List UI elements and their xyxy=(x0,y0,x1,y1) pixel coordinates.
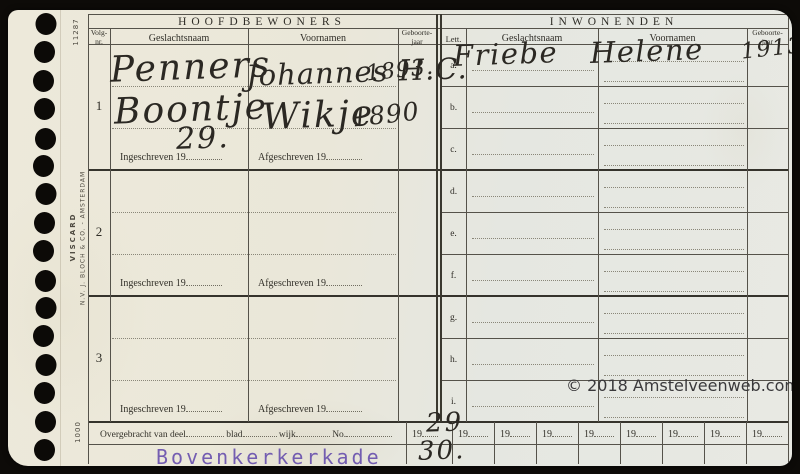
row-letter: f. xyxy=(441,271,466,281)
dotted-writing-line xyxy=(604,207,744,208)
dotted-writing-line xyxy=(472,112,594,113)
row-number: 3 xyxy=(88,350,110,366)
year-prefix: 19 xyxy=(500,429,510,440)
overgebracht-labels: Overgebracht van deel blad wijk No. xyxy=(100,427,392,440)
row-number: 2 xyxy=(88,224,110,240)
dotted-leader xyxy=(762,427,782,437)
register-card: 11287 VISCARD N.V. J. BLOCH & CO. - AMST… xyxy=(8,10,792,466)
row-letter: i. xyxy=(441,397,466,407)
hoofdbewoners-row-1: 1 Penners Johannes H.C. 1893. Boontje Wi… xyxy=(88,44,437,170)
punch-hole xyxy=(34,382,55,404)
dotted-writing-line xyxy=(604,333,744,334)
year-prefix: 19 xyxy=(584,429,594,440)
dotted-leader xyxy=(552,427,572,437)
afgeschreven-text: Afgeschreven 19 xyxy=(258,404,326,415)
dotted-leader xyxy=(678,427,698,437)
print-code-vertical: 1000 xyxy=(74,421,82,443)
dotted-writing-line xyxy=(472,406,594,407)
year-cell: 19 xyxy=(668,427,698,440)
punch-hole xyxy=(35,411,56,433)
hoofdbewoners-row-3: 3 Ingeschreven 19 Afgeschreven 19 xyxy=(88,296,437,422)
punch-holes xyxy=(34,13,58,461)
ingeschreven-year-handwritten: 29. xyxy=(175,123,230,155)
inwonenden-row-g: g. xyxy=(441,296,788,338)
dotted-writing-line xyxy=(604,81,744,82)
column-header-geslachtsnaam-left: Geslachtsnaam xyxy=(110,33,248,44)
year-prefix: 19 xyxy=(710,429,720,440)
punch-hole xyxy=(33,70,54,92)
inwonenden-row-a: a. Friebe Helene 1913. xyxy=(441,44,788,86)
year-cell: 19 xyxy=(626,427,656,440)
punch-hole xyxy=(36,297,57,319)
section-title-hoofdbewoners: HOOFDBEWONERS xyxy=(88,16,436,28)
dotted-leader xyxy=(186,402,222,412)
no-label: No. xyxy=(332,430,346,440)
dotted-leader xyxy=(594,427,614,437)
dotted-writing-line xyxy=(604,417,744,418)
inwonenden-row-f: f. xyxy=(441,254,788,296)
brand-vertical: VISCARD xyxy=(69,213,77,262)
dotted-writing-line xyxy=(472,238,594,239)
afgeschreven-label: Afgeschreven 19 xyxy=(258,402,362,415)
punch-hole xyxy=(34,439,55,461)
firstnames-handwritten: Helene xyxy=(590,35,705,68)
divider xyxy=(788,14,789,464)
serial-number-vertical: 11287 xyxy=(72,18,80,45)
inwonenden-row-d: d. xyxy=(441,170,788,212)
punch-hole xyxy=(34,41,55,63)
dotted-writing-line xyxy=(604,291,744,292)
copyright-watermark: © 2018 Amstelveenweb.com xyxy=(566,376,792,395)
year-cell: 19 xyxy=(500,427,530,440)
punch-hole xyxy=(33,325,54,347)
inwonenden-row-e: e. xyxy=(441,212,788,254)
punch-hole xyxy=(36,354,57,376)
ingeschreven-text: Ingeschreven 19 xyxy=(120,278,186,289)
row-number: 1 xyxy=(88,98,110,114)
afgeschreven-text: Afgeschreven 19 xyxy=(258,152,326,163)
year-cell: 19 xyxy=(542,427,572,440)
dotted-writing-line xyxy=(604,165,744,166)
dotted-leader xyxy=(326,402,362,412)
dotted-writing-line xyxy=(604,187,744,188)
divider xyxy=(88,28,788,29)
dotted-writing-line xyxy=(112,380,396,381)
dotted-leader xyxy=(186,427,224,437)
birthyear-handwritten: 1913. xyxy=(740,34,792,63)
ingeschreven-label: Ingeschreven 19 xyxy=(120,276,222,289)
inwonenden-row-h: h. xyxy=(441,338,788,380)
printer-vertical: N.V. J. BLOCH & CO. - AMSTERDAM xyxy=(80,171,87,305)
year-cell: 19 xyxy=(584,427,614,440)
dotted-writing-line xyxy=(112,254,396,255)
divider xyxy=(88,14,788,15)
birthyear-handwritten: 1890 xyxy=(351,99,421,131)
dotted-leader xyxy=(326,276,362,286)
year-prefix: 19 xyxy=(542,429,552,440)
dotted-leader xyxy=(186,276,222,286)
dotted-leader xyxy=(243,427,277,437)
afgeschreven-label: Afgeschreven 19 xyxy=(258,276,362,289)
row-letter: g. xyxy=(441,313,466,323)
year-cell: 19 xyxy=(752,427,782,440)
punch-hole xyxy=(36,183,57,205)
hoofdbewoners-row-2: 2 Ingeschreven 19 Afgeschreven 19 xyxy=(88,170,437,296)
row-letter: b. xyxy=(441,103,466,113)
year-prefix: 19 xyxy=(752,429,762,440)
dotted-writing-line xyxy=(604,355,744,356)
dotted-writing-line xyxy=(472,280,594,281)
binder-crease xyxy=(60,10,61,466)
street-stamp-row: Bovenkerkerkade 30. xyxy=(88,444,788,464)
wijk-label: wijk xyxy=(279,430,296,440)
dotted-writing-line xyxy=(604,313,744,314)
column-header-voornamen-left: Voornamen xyxy=(248,33,398,44)
dotted-leader xyxy=(510,427,530,437)
ingeschreven-label: Ingeschreven 19 xyxy=(120,402,222,415)
dotted-writing-line xyxy=(472,196,594,197)
dotted-leader xyxy=(296,427,330,437)
punch-hole xyxy=(35,128,56,150)
punch-hole xyxy=(36,13,57,35)
dotted-leader xyxy=(326,150,362,160)
overgebracht-deel-label: Overgebracht van deel xyxy=(100,430,186,440)
dotted-writing-line xyxy=(604,103,744,104)
punch-hole xyxy=(33,155,54,177)
dotted-leader xyxy=(636,427,656,437)
scanned-register-card-photo: 11287 VISCARD N.V. J. BLOCH & CO. - AMST… xyxy=(0,0,800,474)
row-letter: c. xyxy=(441,145,466,155)
ingeschreven-text: Ingeschreven 19 xyxy=(120,404,186,415)
firstnames-handwritten: Johannes H.C. xyxy=(246,54,468,91)
overgebracht-year-handwritten: 29 xyxy=(426,409,464,436)
dotted-leader xyxy=(720,427,740,437)
surname-handwritten: Friebe xyxy=(453,38,559,71)
dotted-writing-line xyxy=(472,322,594,323)
row-letter: e. xyxy=(441,229,466,239)
dotted-writing-line xyxy=(112,338,396,339)
dotted-writing-line xyxy=(472,364,594,365)
year-cell: 19 xyxy=(710,427,740,440)
inwonenden-row-c: c. xyxy=(441,128,788,170)
afgeschreven-label: Afgeschreven 19 xyxy=(258,150,362,163)
punch-hole xyxy=(35,270,56,292)
punch-hole xyxy=(33,240,54,262)
row-letter: h. xyxy=(441,355,466,365)
dotted-writing-line xyxy=(604,229,744,230)
section-title-inwonenden: INWONENDEN xyxy=(440,16,788,28)
dotted-writing-line xyxy=(604,271,744,272)
row-letter: d. xyxy=(441,187,466,197)
punch-hole xyxy=(34,98,55,120)
dotted-writing-line xyxy=(112,212,396,213)
blad-label: blad xyxy=(226,430,242,440)
year-prefix: 19 xyxy=(668,429,678,440)
afgeschreven-text: Afgeschreven 19 xyxy=(258,278,326,289)
dotted-writing-line xyxy=(604,397,744,398)
dotted-writing-line xyxy=(604,249,744,250)
street-name-stamp: Bovenkerkerkade xyxy=(156,445,382,466)
dotted-leader xyxy=(346,427,392,437)
dotted-writing-line xyxy=(472,154,594,155)
year-prefix: 19 xyxy=(626,429,636,440)
dotted-writing-line xyxy=(604,145,744,146)
inwonenden-row-b: b. xyxy=(441,86,788,128)
punch-hole xyxy=(34,212,55,234)
dotted-leader xyxy=(468,427,488,437)
dotted-writing-line xyxy=(604,123,744,124)
next-number-handwritten: 30. xyxy=(418,437,466,465)
